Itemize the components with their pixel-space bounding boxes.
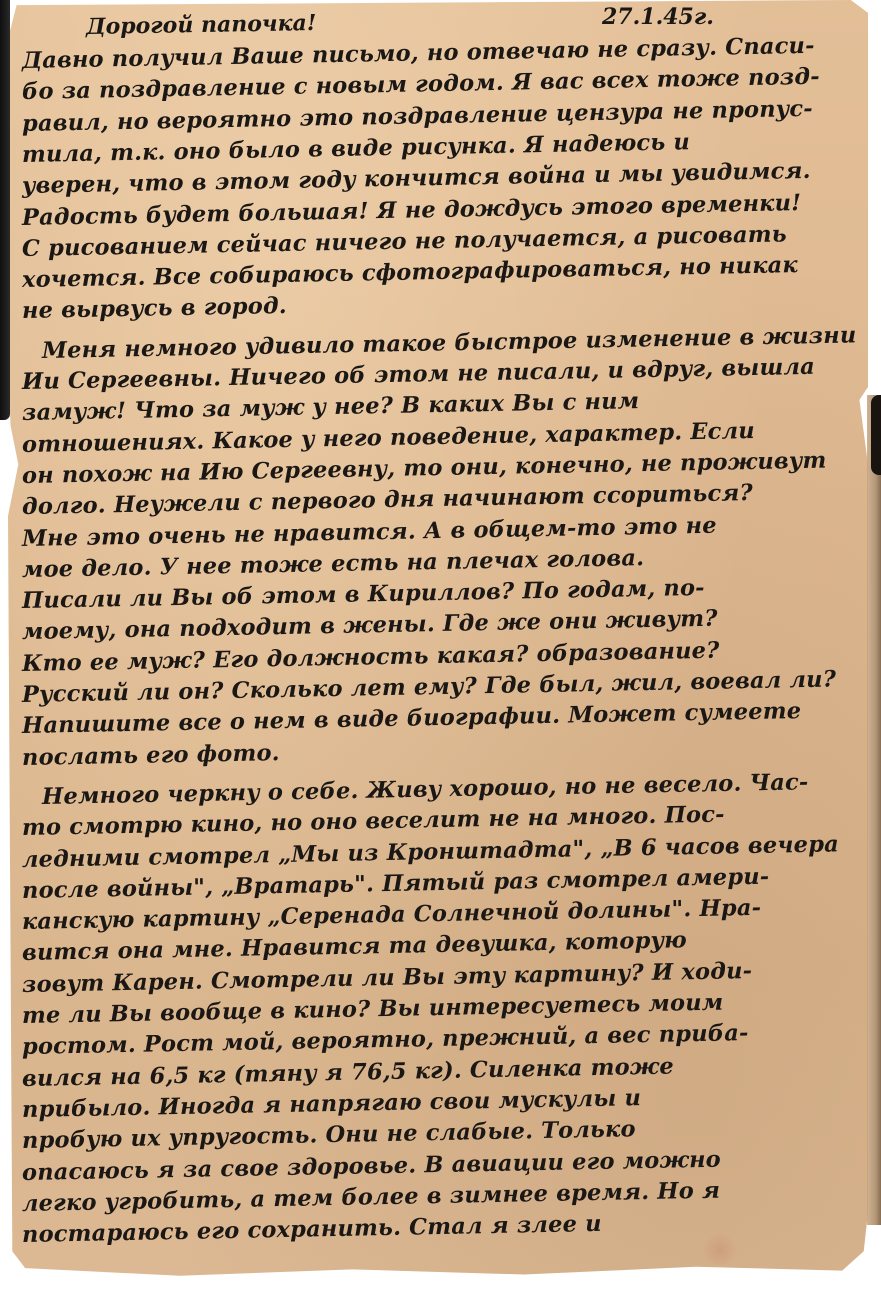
folded-right-edge	[867, 395, 881, 1225]
dark-right-tear	[871, 395, 881, 475]
dark-left-edge	[0, 0, 10, 420]
letter-date: 27.1.45г.	[602, 4, 714, 30]
handwritten-line: послать его фото.	[22, 740, 280, 771]
scanned-letter: Дорогой папочка! 27.1.45г. Давно получил…	[0, 0, 881, 1300]
paper-stain	[700, 1235, 740, 1265]
letter-greeting: Дорогой папочка!	[86, 10, 317, 40]
